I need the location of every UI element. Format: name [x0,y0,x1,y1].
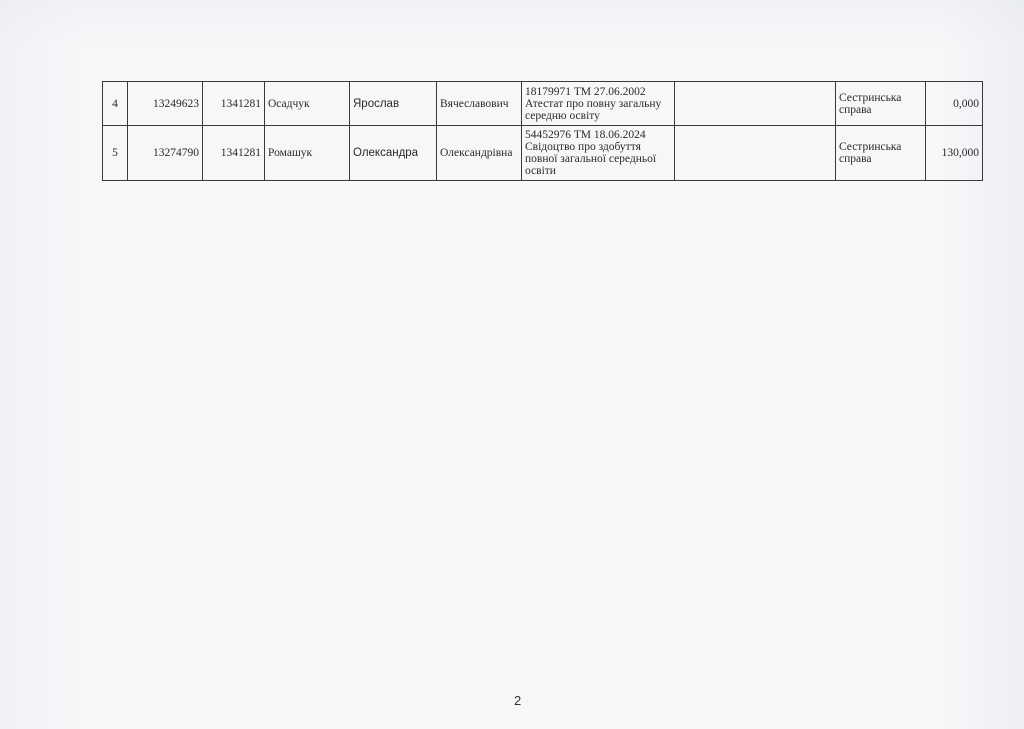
patronymic: Олександрівна [437,126,522,181]
document-line: Свідоцтво про здобуття [525,141,671,153]
document-line: освіти [525,165,671,177]
specialty: Сестринська справа [836,82,926,126]
last-name: Ромашук [265,126,350,181]
table-row: 4 13249623 1341281 Осадчук Ярослав Вячес… [103,82,983,126]
specialty-line: справа [839,104,922,116]
specialty-line: Сестринська [839,141,922,153]
education-document: 54452976 ТМ 18.06.2024 Свідоцтво про здо… [522,126,675,181]
applicant-id: 13249623 [128,82,203,126]
program-code: 1341281 [203,126,265,181]
applicants-table: 4 13249623 1341281 Осадчук Ярослав Вячес… [102,81,983,181]
table-row: 5 13274790 1341281 Ромашук Олександра Ол… [103,126,983,181]
empty-cell [675,126,836,181]
last-name: Осадчук [265,82,350,126]
education-document: 18179971 ТМ 27.06.2002 Атестат про повну… [522,82,675,126]
applicant-id: 13274790 [128,126,203,181]
document-line: середню освіту [525,110,671,122]
document-line: 18179971 ТМ 27.06.2002 [525,86,671,98]
first-name: Олександра [350,126,437,181]
program-code: 1341281 [203,82,265,126]
page-number: 2 [514,693,521,708]
document-line: 54452976 ТМ 18.06.2024 [525,129,671,141]
specialty-line: Сестринська [839,92,922,104]
score: 130,000 [926,126,983,181]
first-name: Ярослав [350,82,437,126]
document-line: повної загальної середньої [525,153,671,165]
row-number: 5 [103,126,128,181]
row-number: 4 [103,82,128,126]
patronymic: Вячеславович [437,82,522,126]
document-line: Атестат про повну загальну [525,98,671,110]
score: 0,000 [926,82,983,126]
specialty: Сестринська справа [836,126,926,181]
empty-cell [675,82,836,126]
specialty-line: справа [839,153,922,165]
